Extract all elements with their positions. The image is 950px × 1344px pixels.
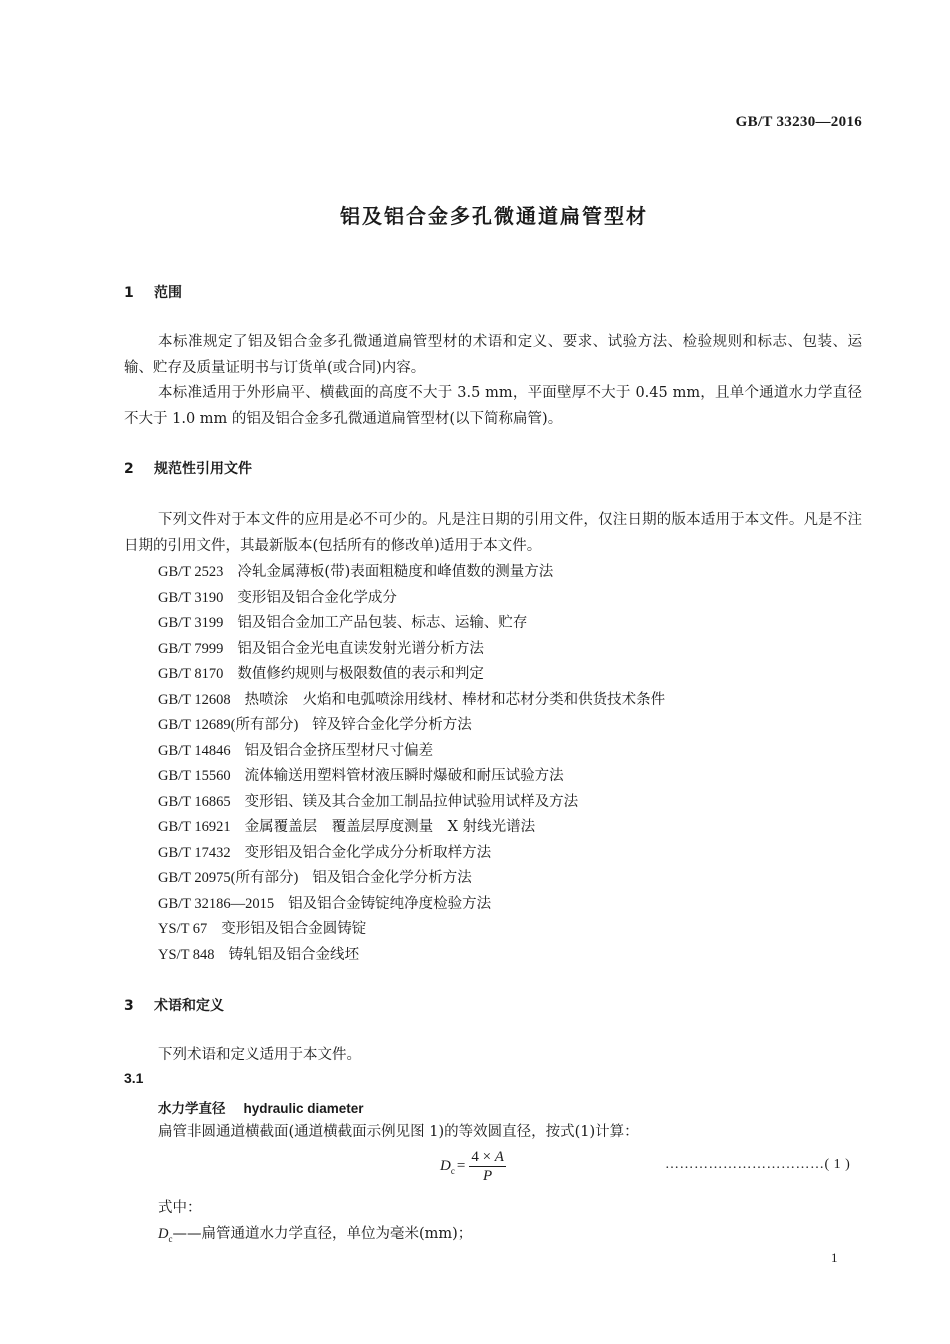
formula-lhs: Dc [440, 1158, 455, 1176]
section-title: 范围 [154, 285, 182, 301]
reference-title: 冷轧金属薄板(带)表面粗糙度和峰值数的测量方法 [237, 564, 553, 580]
reference-title: 流体输送用塑料管材液压瞬时爆破和耐压试验方法 [245, 768, 564, 784]
reference-item: GB/T 3190变形铝及铝合金化学成分 [158, 586, 665, 612]
scope-paragraph-2: 本标准适用于外形扁平、横截面的高度不大于 3.5 mm，平面壁厚不大于 0.45… [124, 381, 862, 432]
reference-code: YS/T 67 [158, 921, 207, 937]
standard-code: GB/T 33230—2016 [736, 114, 862, 131]
reference-title: 铝及铝合金铸锭纯净度检验方法 [288, 896, 491, 912]
reference-item: GB/T 17432变形铝及铝合金化学成分分析取样方法 [158, 841, 665, 867]
formula-denominator: P [483, 1167, 492, 1185]
section-heading-scope: 1范围 [124, 282, 182, 302]
reference-item: GB/T 3199铝及铝合金加工产品包装、标志、运输、贮存 [158, 611, 665, 637]
reference-item: YS/T 848铸轧铝及铝合金线坯 [158, 943, 665, 969]
reference-item: GB/T 2523冷轧金属薄板(带)表面粗糙度和峰值数的测量方法 [158, 560, 665, 586]
reference-code: GB/T 32186—2015 [158, 896, 274, 912]
reference-code: GB/T 3199 [158, 615, 223, 631]
document-title: 铝及铝合金多孔微通道扁管型材 [0, 200, 950, 229]
reference-code: YS/T 848 [158, 947, 215, 963]
reference-code: GB/T 16921 [158, 819, 231, 835]
reference-code: GB/T 12689(所有部分) [158, 717, 298, 733]
variable-description: ——扁管通道水力学直径，单位为毫米(mm)； [172, 1226, 472, 1242]
reference-title: 铝及铝合金加工产品包装、标志、运输、贮存 [237, 615, 527, 631]
term-name: 水力学直径hydraulic diameter [158, 1097, 364, 1117]
equation-label: ( 1 ) [825, 1157, 851, 1172]
reference-code: GB/T 8170 [158, 666, 223, 682]
reference-item: GB/T 15560流体输送用塑料管材液压瞬时爆破和耐压试验方法 [158, 764, 665, 790]
reference-item: GB/T 14846铝及铝合金挤压型材尺寸偏差 [158, 739, 665, 765]
scope-paragraph-1: 本标准规定了铝及铝合金多孔微通道扁管型材的术语和定义、要求、试验方法、检验规则和… [124, 330, 862, 381]
reference-item: GB/T 12689(所有部分)锌及锌合金化学分析方法 [158, 713, 665, 739]
section-number: 3 [124, 998, 154, 1014]
reference-item: GB/T 7999铝及铝合金光电直读发射光谱分析方法 [158, 637, 665, 663]
section-title: 规范性引用文件 [154, 461, 252, 477]
references-intro-paragraph: 下列文件对于本文件的应用是必不可少的。凡是注日期的引用文件，仅注日期的版本适用于… [124, 508, 862, 559]
section-title: 术语和定义 [154, 998, 224, 1014]
reference-title: 变形铝、镁及其合金加工制品拉伸试验用试样及方法 [245, 794, 579, 810]
variable-definition: Dc——扁管通道水力学直径，单位为毫米(mm)； [158, 1222, 472, 1244]
reference-title: 变形铝及铝合金化学成分 [237, 590, 397, 606]
reference-title: 金属覆盖层 覆盖层厚度测量 X 射线光谱法 [245, 819, 535, 835]
reference-code: GB/T 15560 [158, 768, 231, 784]
document-page: GB/T 33230—2016 铝及铝合金多孔微通道扁管型材 1范围 本标准规定… [0, 0, 950, 1344]
section-heading-terms-definitions: 3术语和定义 [124, 995, 224, 1015]
reference-code: GB/T 17432 [158, 845, 231, 861]
reference-title: 变形铝及铝合金圆铸锭 [221, 921, 366, 937]
reference-code: GB/T 2523 [158, 564, 223, 580]
reference-item: GB/T 20975(所有部分)铝及铝合金化学分析方法 [158, 866, 665, 892]
reference-title: 铝及铝合金光电直读发射光谱分析方法 [237, 641, 484, 657]
reference-item: GB/T 32186—2015铝及铝合金铸锭纯净度检验方法 [158, 892, 665, 918]
reference-code: GB/T 7999 [158, 641, 223, 657]
reference-title: 热喷涂 火焰和电弧喷涂用线材、棒材和芯材分类和供货技术条件 [245, 692, 666, 708]
reference-item: GB/T 8170数值修约规则与极限数值的表示和判定 [158, 662, 665, 688]
section-heading-normative-references: 2规范性引用文件 [124, 458, 252, 478]
reference-item: GB/T 16865变形铝、镁及其合金加工制品拉伸试验用试样及方法 [158, 790, 665, 816]
reference-code: GB/T 20975(所有部分) [158, 870, 298, 886]
reference-title: 数值修约规则与极限数值的表示和判定 [237, 666, 484, 682]
hydraulic-diameter-formula: Dc = 4 × A P [440, 1148, 506, 1185]
reference-item: GB/T 12608热喷涂 火焰和电弧喷涂用线材、棒材和芯材分类和供货技术条件 [158, 688, 665, 714]
equals-sign: = [457, 1158, 465, 1175]
page-number: 1 [831, 1250, 838, 1266]
formula-numerator: 4 × A [469, 1148, 506, 1167]
reference-item: YS/T 67变形铝及铝合金圆铸锭 [158, 917, 665, 943]
formula-fraction: 4 × A P [469, 1148, 506, 1185]
variable-symbol: Dc [158, 1226, 172, 1242]
reference-title: 铸轧铝及铝合金线坯 [229, 947, 360, 963]
reference-list: GB/T 2523冷轧金属薄板(带)表面粗糙度和峰值数的测量方法 GB/T 31… [158, 560, 665, 968]
reference-item: GB/T 16921金属覆盖层 覆盖层厚度测量 X 射线光谱法 [158, 815, 665, 841]
reference-code: GB/T 3190 [158, 590, 223, 606]
reference-code: GB/T 16865 [158, 794, 231, 810]
reference-title: 铝及铝合金挤压型材尺寸偏差 [245, 743, 434, 759]
term-definition: 扁管非圆通道横截面(通道横截面示例见图 1)的等效圆直径，按式(1)计算： [158, 1120, 639, 1141]
reference-code: GB/T 14846 [158, 743, 231, 759]
reference-title: 铝及铝合金化学分析方法 [312, 870, 472, 886]
reference-code: GB/T 12608 [158, 692, 231, 708]
term-number: 3.1 [124, 1070, 143, 1086]
section-number: 1 [124, 285, 154, 301]
term-name-en: hydraulic diameter [244, 1101, 364, 1116]
terms-intro-paragraph: 下列术语和定义适用于本文件。 [124, 1043, 862, 1069]
reference-title: 变形铝及铝合金化学成分分析取样方法 [245, 845, 492, 861]
term-name-cn: 水力学直径 [158, 1101, 226, 1117]
section-number: 2 [124, 461, 154, 477]
equation-leader-dots: …………………………… [665, 1157, 825, 1172]
equation-number: ……………………………( 1 ) [665, 1157, 850, 1173]
reference-title: 锌及锌合金化学分析方法 [312, 717, 472, 733]
where-label: 式中： [158, 1196, 202, 1217]
